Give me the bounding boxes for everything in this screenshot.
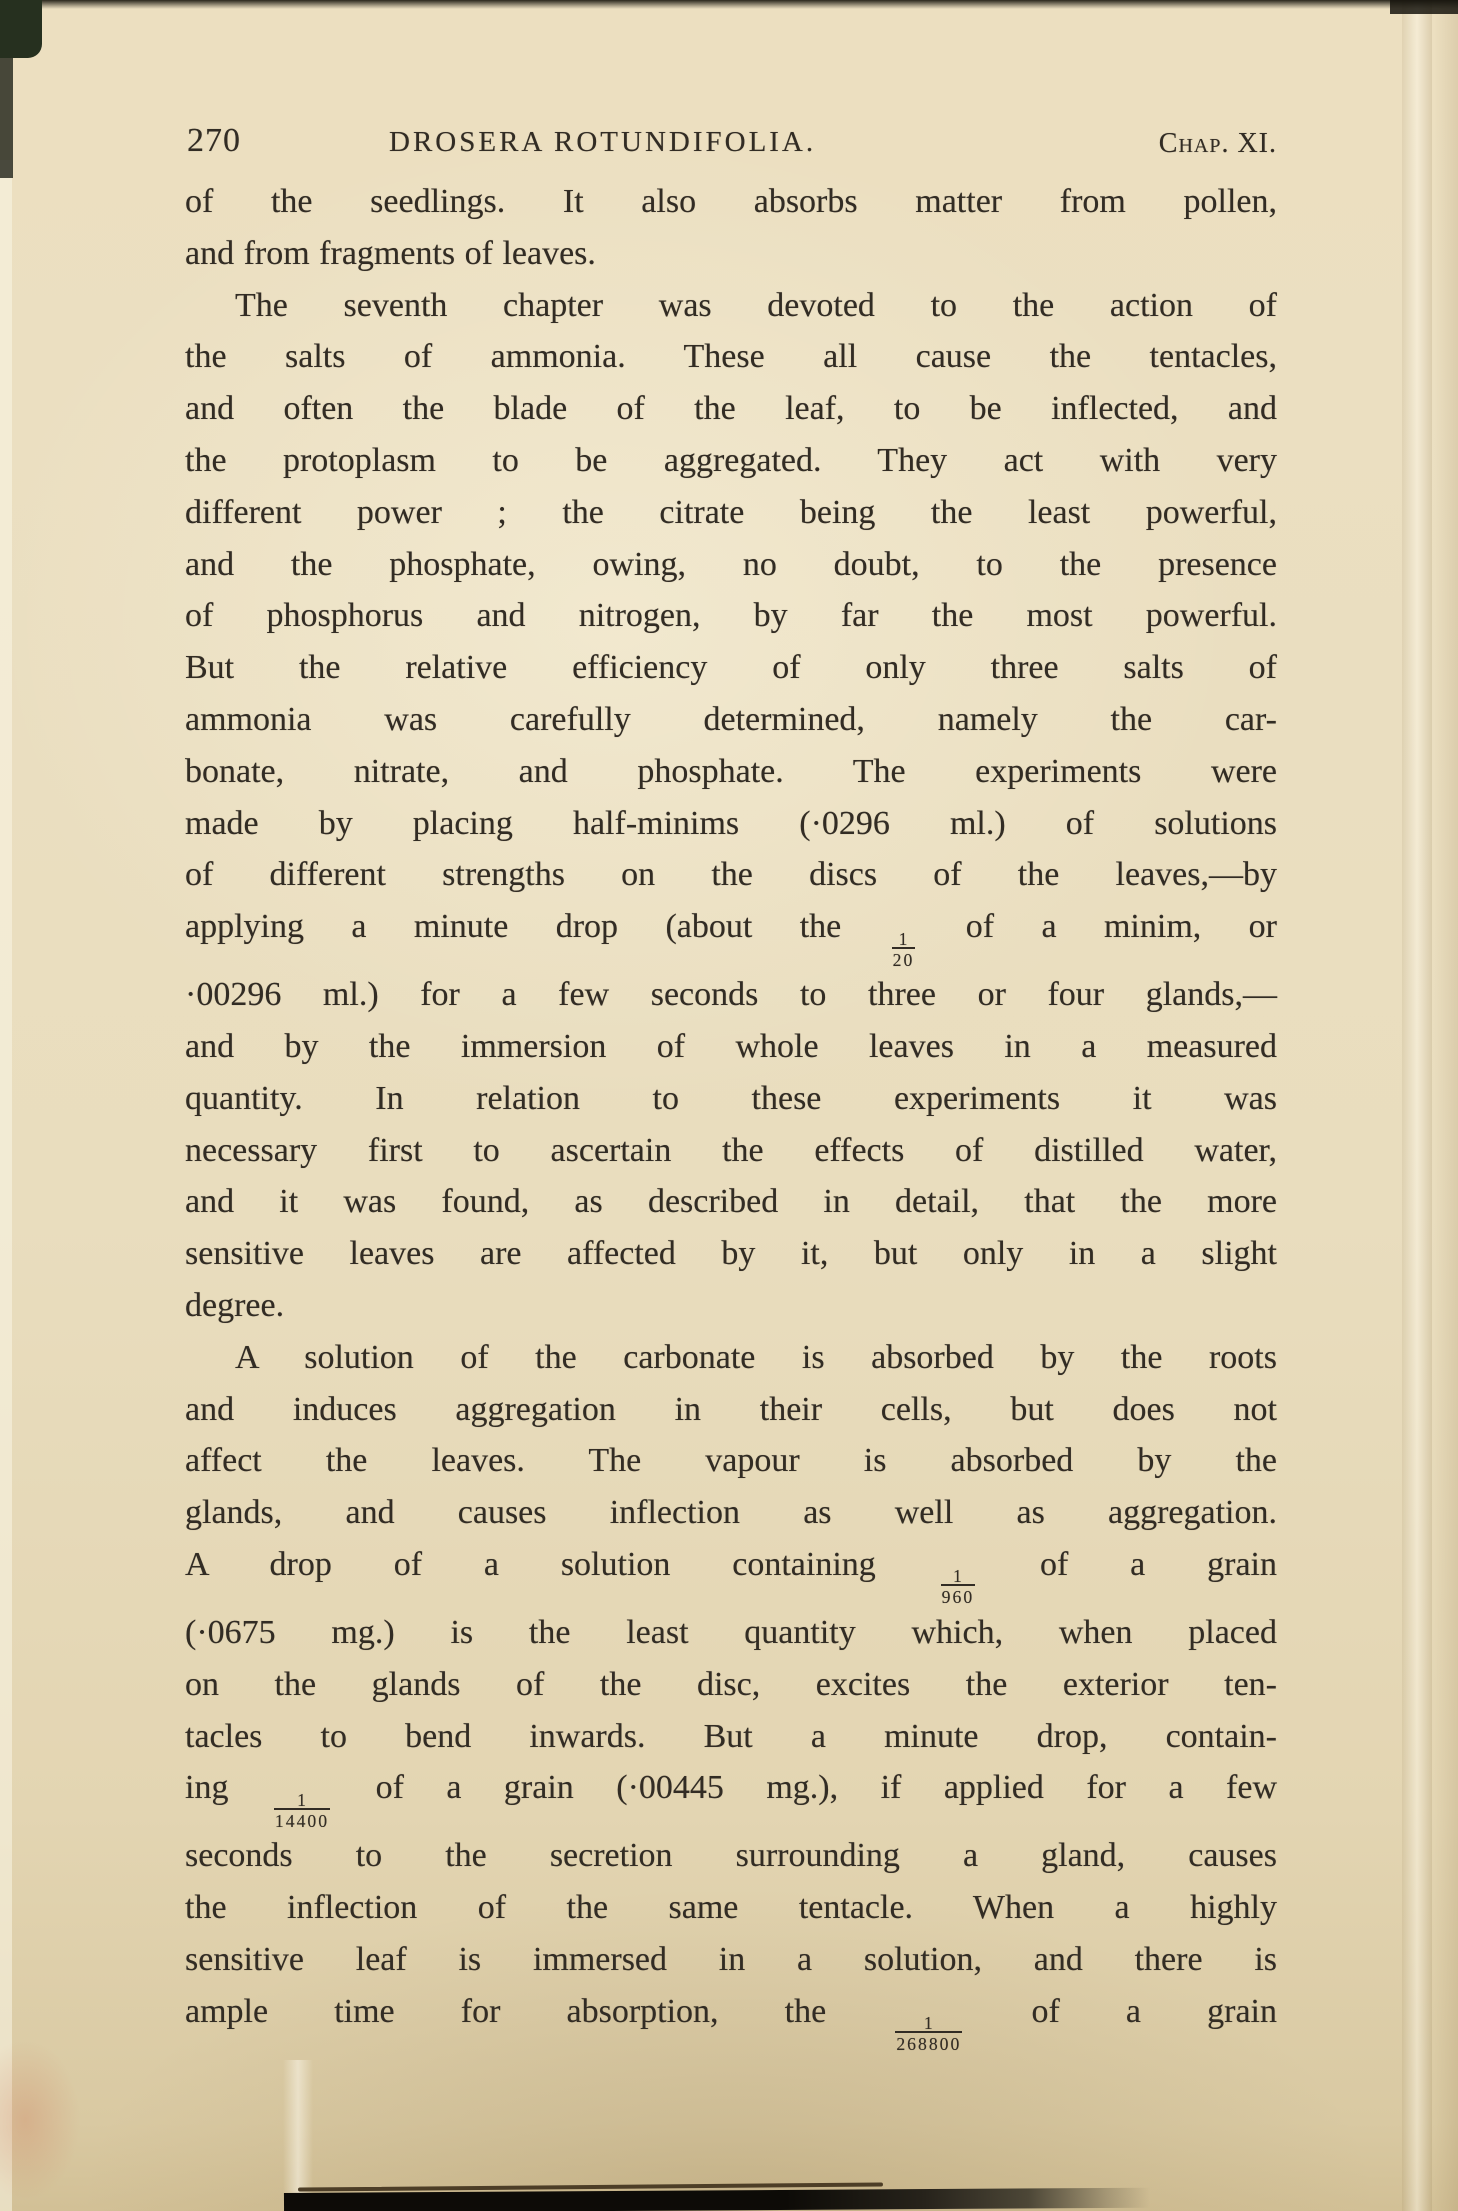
body-text: of the seedlings. It also absorbs matter…: [185, 176, 1277, 2054]
fraction: 114400: [274, 1793, 330, 1831]
text-line: But the relative efficiency of only thre…: [185, 642, 1277, 694]
left-edge-highlight: [0, 160, 12, 2211]
text-line: and often the blade of the leaf, to be i…: [185, 383, 1277, 435]
text-line: necessary first to ascertain the effects…: [185, 1125, 1277, 1177]
bottom-scan-band: [284, 2188, 1150, 2211]
text-line: and induces aggregation in their cells, …: [185, 1384, 1277, 1436]
text-line: (·0675 mg.) is the least quantity which,…: [185, 1607, 1277, 1659]
fraction: 1960: [941, 1569, 976, 1607]
right-edge-shadow: [1434, 0, 1458, 2211]
text-line: on the glands of the disc, excites the e…: [185, 1659, 1277, 1711]
text-line: glands, and causes inflection as well as…: [185, 1487, 1277, 1539]
chapter-label: Chap. XI.: [1159, 128, 1277, 160]
text-line: The seventh chapter was devoted to the a…: [185, 280, 1277, 332]
text-line: of different strengths on the discs of t…: [185, 849, 1277, 901]
text-line: sensitive leaf is immersed in a solution…: [185, 1934, 1277, 1986]
text-line: seconds to the secretion surrounding a g…: [185, 1830, 1277, 1882]
text-line: A drop of a solution containing 1960 of …: [185, 1539, 1277, 1607]
text-line: degree.: [185, 1280, 1277, 1332]
running-title: DROSERA ROTUNDIFOLIA.: [389, 126, 816, 159]
text-line: and the phosphate, owing, no doubt, to t…: [185, 539, 1277, 591]
text-line: made by placing half-minims (·0296 ml.) …: [185, 798, 1277, 850]
text-line: quantity. In relation to these experimen…: [185, 1073, 1277, 1125]
fraction: 1268800: [895, 2016, 962, 2054]
text-line: of the seedlings. It also absorbs matter…: [185, 176, 1277, 228]
text-line: the protoplasm to be aggregated. They ac…: [185, 435, 1277, 487]
text-line: applying a minute drop (about the 120 of…: [185, 901, 1277, 969]
text-line: ·00296 ml.) for a few seconds to three o…: [185, 969, 1277, 1021]
top-right-scan-mark: [1390, 0, 1458, 14]
page-number: 270: [187, 122, 241, 160]
text-line: the salts of ammonia. These all cause th…: [185, 331, 1277, 383]
text-line: different power ; the citrate being the …: [185, 487, 1277, 539]
text-line: ing 114400 of a grain (·00445 mg.), if a…: [185, 1762, 1277, 1830]
text-line: bonate, nitrate, and phosphate. The expe…: [185, 746, 1277, 798]
chapter-prefix: Chap.: [1159, 128, 1230, 159]
text-line: ammonia was carefully determined, namely…: [185, 694, 1277, 746]
text-line: and by the immersion of whole leaves in …: [185, 1021, 1277, 1073]
bottom-left-stain: [0, 2040, 80, 2200]
top-left-scan-mark: [0, 0, 42, 58]
text-line: of phosphorus and nitrogen, by far the m…: [185, 590, 1277, 642]
top-edge-shadow: [0, 0, 1458, 9]
text-line: sensitive leaves are affected by it, but…: [185, 1228, 1277, 1280]
text-line: tacles to bend inwards. But a minute dro…: [185, 1711, 1277, 1763]
text-line: and it was found, as described in detail…: [185, 1176, 1277, 1228]
text-line: the inflection of the same tentacle. Whe…: [185, 1882, 1277, 1934]
text-line: affect the leaves. The vapour is absorbe…: [185, 1435, 1277, 1487]
right-page-crease: [1402, 0, 1432, 2211]
text-line: and from fragments of leaves.: [185, 228, 1277, 280]
book-page: 270 DROSERA ROTUNDIFOLIA. Chap. XI. of t…: [0, 0, 1458, 2211]
fraction: 120: [892, 932, 916, 970]
chapter-numeral: XI.: [1237, 128, 1277, 159]
page-header: 270 DROSERA ROTUNDIFOLIA. Chap. XI.: [185, 122, 1277, 166]
text-line: ample time for absorption, the 1268800 o…: [185, 1986, 1277, 2054]
text-line: A solution of the carbonate is absorbed …: [185, 1332, 1277, 1384]
